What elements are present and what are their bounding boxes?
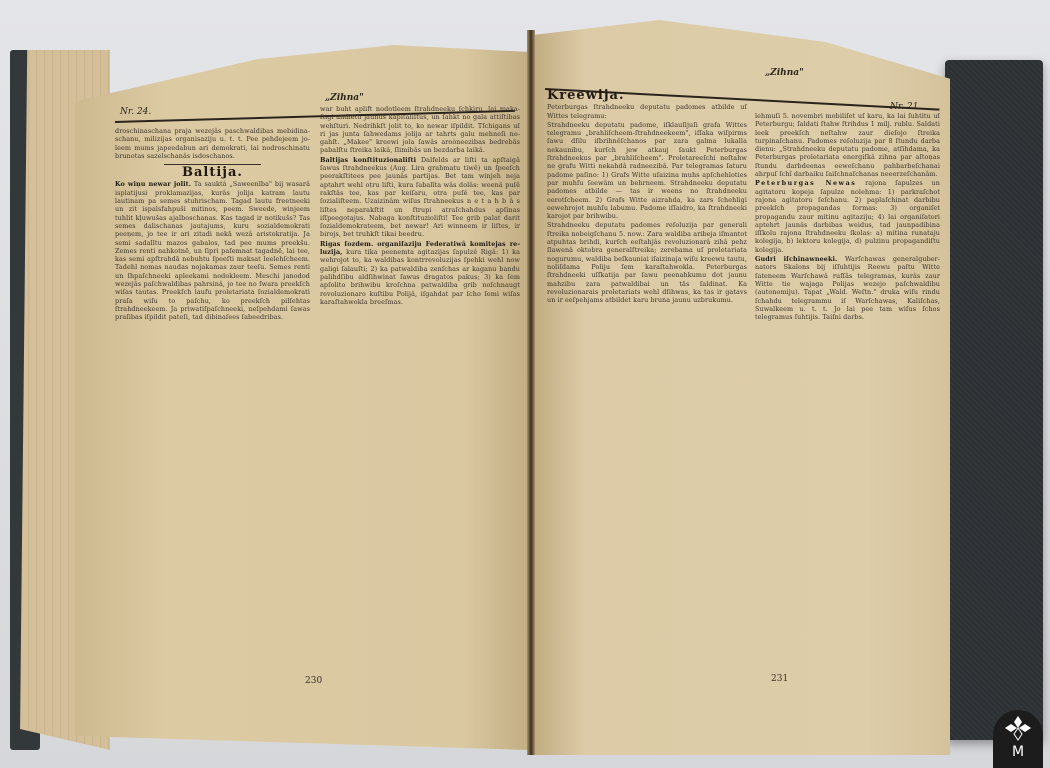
left-col2-text: war buht aplift nodotleem ſtrahdneeku ſc… <box>320 105 520 155</box>
left-page-number: 230 <box>305 676 322 686</box>
section-heading-baltija: Baltija. <box>115 169 310 177</box>
right-col2-text-3: Warſchawas generalguber­nators Skalons b… <box>755 255 940 321</box>
right-page-number: 231 <box>771 674 788 684</box>
left-newspaper-title: „Zihna" <box>325 93 364 103</box>
left-col1-text: Ta sauktâ „Saweenī­ba" bij wasarâ isplat… <box>115 180 310 321</box>
right-col2-spaced: Peterburgas Newas <box>755 179 856 187</box>
left-col2-bold-1: Baltijas konſtituzionaliſti <box>320 156 416 164</box>
right-col1-text: Strahdneeku deputatu padome, iſklauſijuſ… <box>547 121 747 221</box>
book-back-cover <box>945 60 1043 740</box>
right-newspaper-title: „Zihna" <box>765 68 804 78</box>
right-col2-bold: Gudri iſchinawneeki. <box>755 255 837 263</box>
right-column-1: Kreewija. Peterburgas ſtrahdneeku deputa… <box>547 88 747 683</box>
watermark-badge: M <box>993 710 1043 768</box>
left-col2-text-2: Dalfelds ar liſti ta apſtaigâ ſawus ſtra… <box>320 156 520 239</box>
left-intro-text: droschinaschana praja wezejâs paschwaldi… <box>115 127 310 160</box>
left-page: Nr. 24. „Zihna" droschinaschana praja we… <box>75 45 530 750</box>
watermark-letter: M <box>1012 744 1024 760</box>
book-gutter <box>527 30 535 755</box>
right-col1-text-2: Strahdneeku deputatu padomes reſoluzija … <box>547 221 747 304</box>
section-heading-kreewija: Kreewija. <box>547 92 747 100</box>
left-issue-number: Nr. 24. <box>120 107 151 117</box>
right-col1-intro: Peterburgas ſtrahdneeku deputatu padomes… <box>547 103 747 120</box>
left-col1-lead: Ko wiņu newar jolit. <box>115 180 191 188</box>
right-column-2: lehmuſi 5. novembri mobiliſet uſ karu, k… <box>755 112 940 687</box>
right-col2-text-2: rajona ſapulzes un agitatoru kopeja ſapu… <box>755 179 940 253</box>
right-col2-text: lehmuſi 5. novembri mobiliſet uſ karu, k… <box>755 112 940 178</box>
left-column-1: droschinaschana praja wezejâs paschwaldi… <box>115 127 310 697</box>
left-column-2: war buht aplift nodotleem ſtrahdneeku ſc… <box>320 105 520 695</box>
diamond-cross-logo-icon: M <box>1003 714 1033 764</box>
left-col2-text-3: kura tika peenemta agitazijas ſapulzê Ri… <box>320 248 520 306</box>
right-page: „Zihna" Nr. 21. Kreewija. Peterburgas ſt… <box>535 20 950 755</box>
